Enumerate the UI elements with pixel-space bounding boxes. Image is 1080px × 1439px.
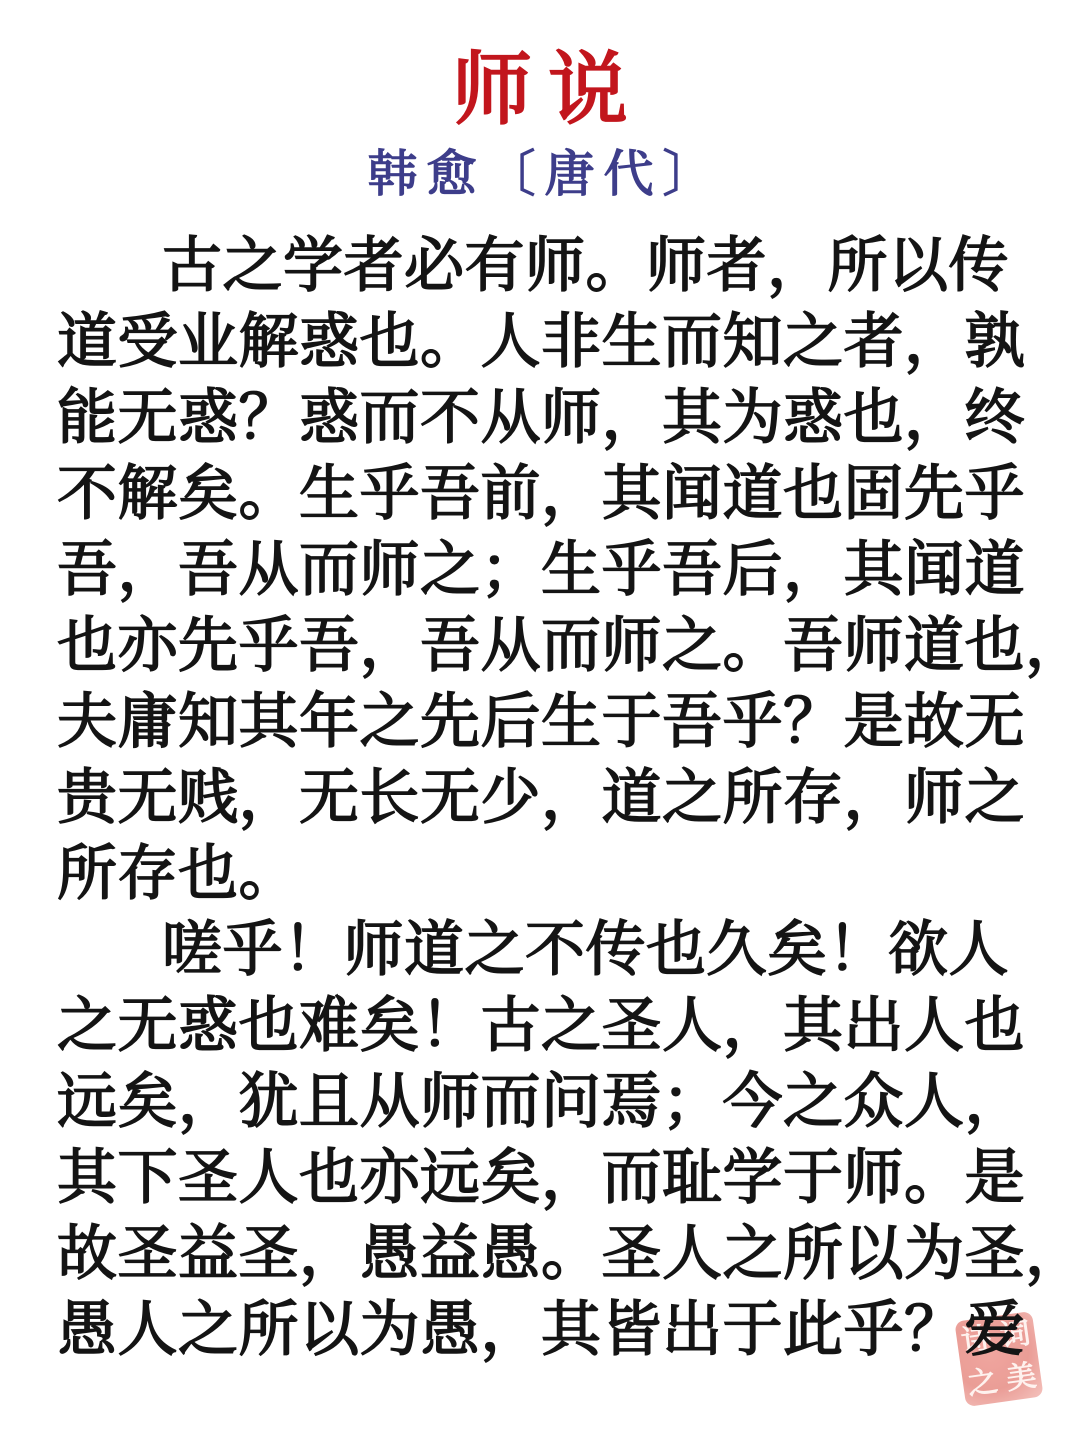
text-line: 不解矣。生乎吾前，其闻道也固先乎 [57, 456, 1023, 532]
text-line: 古之学者必有师。师者，所以传 [57, 228, 1023, 304]
text-line: 嗟乎！师道之不传也久矣！欲人 [57, 912, 1023, 988]
text-line: 愚人之所以为愚，其皆出于此乎？爱 [57, 1292, 1023, 1368]
text-line: 远矣，犹且从师而问焉；今之众人， [57, 1064, 1023, 1140]
text-line: 故圣益圣，愚益愚。圣人之所以为圣， [57, 1216, 1023, 1292]
author-line: 韩愈〔唐代〕 [0, 146, 1080, 202]
text-line: 贵无贱，无长无少，道之所存，师之 [57, 760, 1023, 836]
text-line: 能无惑？惑而不从师，其为惑也，终 [57, 380, 1023, 456]
text-line: 之无惑也难矣！古之圣人，其出人也 [57, 988, 1023, 1064]
text-line: 道受业解惑也。人非生而知之者，孰 [57, 304, 1023, 380]
document-page: 师说 韩愈〔唐代〕 古之学者必有师。师者，所以传 道受业解惑也。人非生而知之者，… [0, 0, 1080, 1439]
text-line: 夫庸知其年之先后生于吾乎？是故无 [57, 684, 1023, 760]
seal-char: 之 [966, 1366, 1000, 1400]
text-line: 吾，吾从而师之；生乎吾后，其闻道 [57, 532, 1023, 608]
page-title: 师说 [0, 0, 1080, 134]
text-line: 所存也。 [57, 836, 1023, 912]
text-line: 其下圣人也亦远矣，而耻学于师。是 [57, 1140, 1023, 1216]
text-line: 也亦先乎吾，吾从而师之。吾师道也， [57, 608, 1023, 684]
body-text: 古之学者必有师。师者，所以传 道受业解惑也。人非生而知之者，孰 能无惑？惑而不从… [0, 228, 1080, 1368]
